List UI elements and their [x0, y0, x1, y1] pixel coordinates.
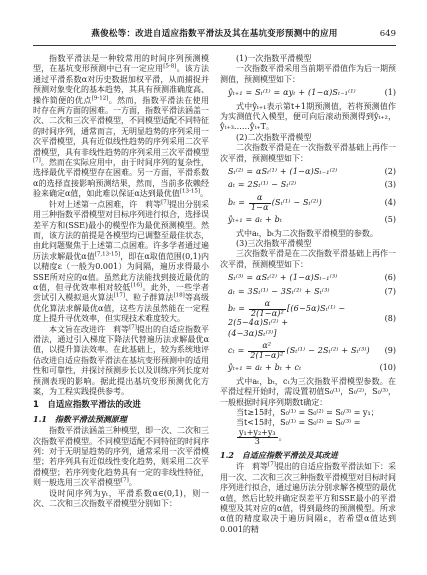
header-rule — [33, 45, 396, 46]
formula-text: aₜ = 2Sₜ⁽¹⁾ − Sₜ⁽²⁾ — [228, 180, 296, 189]
formula-text: (Sₜ⁽¹⁾ − 2Sₜ⁽²⁾ + Sₜ⁽³⁾) — [286, 346, 369, 355]
paragraph: 式中ŷₜ₊₁表示第t+1期预测值，若将预测值作为实测值代入模型，便可向后滚动预测… — [220, 102, 396, 133]
formula-text: 当t<15时，S₀⁽¹⁾ = S₀⁽²⁾ = S₀⁽³⁾ = — [236, 418, 360, 427]
equation: Sₜ⁽²⁾ = αSₜ⁽¹⁾ + (1−α)Sₜ₋₁⁽²⁾(2) — [228, 167, 396, 177]
equation-body: ŷₜ₊₁ = aₜ + bₜ — [228, 215, 381, 225]
section-heading: 1 自适应指数平滑法的改进 — [33, 400, 209, 410]
equation-body: ŷₜ₊₁ = aₜ + bₜ + cₜ — [228, 363, 376, 373]
equation: Sₜ⁽³⁾ = αSₜ⁽²⁾ + (1−α)Sₜ₋₁⁽³⁾(6) — [228, 273, 396, 283]
equation-body: cₜ = α²2(1−α)²(Sₜ⁽¹⁾ − 2Sₜ⁽²⁾ + Sₜ⁽³⁾) — [228, 342, 381, 360]
page-number: 649 — [380, 28, 396, 40]
fraction-denominator: 2(1−α)² — [248, 352, 285, 361]
formula-text: ŷₜ₊₁ = Sₜ⁽¹⁾ = αyₜ + (1−α)Sₜ₋₁⁽¹⁾ — [228, 88, 356, 97]
subsection-heading: 1.2 自适应指数平滑法及其改进 — [220, 450, 396, 460]
formula-text: 。 — [279, 433, 287, 442]
equation-body: ŷₜ₊₁ = Sₜ⁽¹⁾ = αyₜ + (1−α)Sₜ₋₁⁽¹⁾ — [228, 88, 381, 98]
fraction-denominator: 3 — [237, 438, 278, 447]
equation-number: (4) — [385, 198, 396, 208]
formula-text: Sₜ⁽²⁾ = αSₜ⁽¹⁾ + (1−α)Sₜ₋₁⁽²⁾ — [228, 167, 337, 176]
formula-text: cₜ = — [228, 346, 247, 355]
paragraph: (1)一次指数平滑模型 — [220, 54, 396, 64]
fraction: α2(1−α)² — [249, 300, 286, 318]
fraction: α²2(1−α)² — [248, 342, 285, 360]
formula-text: ŷₜ₊₁ = aₜ + bₜ + cₜ — [228, 363, 301, 372]
formula-text: aₜ = 3Sₜ⁽¹⁾ − 3Sₜ⁽²⁾ + Sₜ⁽³⁾ — [228, 287, 330, 296]
equation-body: Sₜ⁽³⁾ = αSₜ⁽²⁾ + (1−α)Sₜ₋₁⁽³⁾ — [228, 273, 381, 283]
equation: ŷₜ₊₁ = aₜ + bₜ + cₜ(10) — [228, 363, 396, 373]
equation-number: (8) — [385, 314, 396, 324]
formula-text: ŷₜ₊₁ = aₜ + bₜ — [228, 215, 282, 224]
formula-text: (4−3α)Sₜ⁽³⁾] — [228, 329, 277, 338]
equation-number: (7) — [385, 287, 396, 297]
paragraph: 式中aₜ，bₜ为二次指数平滑模型的参数。 — [220, 229, 396, 239]
right-column: (1)一次指数平滑模型一次指数平滑采用当前期平滑值作为后一期预测值，预测模型如下… — [220, 54, 396, 535]
equation-body: bₜ = α1−α(Sₜ⁽¹⁾ − Sₜ⁽²⁾) — [228, 194, 381, 212]
equation: aₜ = 2Sₜ⁽¹⁾ − Sₜ⁽²⁾(3) — [228, 180, 396, 190]
two-column-body: 指数平滑法是一种较常用的时间序列预测模型，在基坑变形预测中已有一定应用[5-8]… — [33, 54, 396, 535]
paragraph: 一次指数平滑采用当前期平滑值作为后一期预测值，预测模型如下： — [220, 64, 396, 85]
text-line: 当t≥15时，S₀⁽¹⁾ = S₀⁽²⁾ = S₀⁽³⁾ = y₁； — [236, 408, 396, 418]
paper-page: 燕俊松等：改进自适应指数平滑法及其在基坑变形预测中的应用 649 指数平滑法是一… — [0, 0, 427, 575]
formula-text: bₜ = — [228, 304, 248, 313]
paragraph: 设时间序列为yₜ，平滑系数α∈(0,1)，则一次、二次和三次指数平滑模型分别如下… — [33, 489, 209, 510]
equation-body: aₜ = 2Sₜ⁽¹⁾ − Sₜ⁽²⁾ — [228, 180, 381, 190]
equation-body: aₜ = 3Sₜ⁽¹⁾ − 3Sₜ⁽²⁾ + Sₜ⁽³⁾ — [228, 287, 381, 297]
left-column: 指数平滑法是一种较常用的时间序列预测模型，在基坑变形预测中已有一定应用[5-8]… — [33, 54, 209, 535]
equation: aₜ = 3Sₜ⁽¹⁾ − 3Sₜ⁽²⁾ + Sₜ⁽³⁾(7) — [228, 287, 396, 297]
paragraph: (2)二次指数平滑模型 — [220, 133, 396, 143]
paragraph: 式中aₜ，bₜ，cₜ为三次指数平滑模型参数。在平滑过程开始时，需设置初值S₀⁽¹… — [220, 377, 396, 408]
fraction-denominator: 1−α — [249, 204, 271, 213]
paragraph: 三次指数平滑是在二次指数平滑基础上再作一次平滑，预测模型如下： — [220, 249, 396, 270]
fraction: α1−α — [249, 194, 271, 212]
equation: ŷₜ₊₁ = Sₜ⁽¹⁾ = αyₜ + (1−α)Sₜ₋₁⁽¹⁾(1) — [228, 88, 396, 98]
page-header: 燕俊松等：改进自适应指数平滑法及其在基坑变形预测中的应用 649 — [33, 28, 396, 42]
text-line: 当t<15时，S₀⁽¹⁾ = S₀⁽²⁾ = S₀⁽³⁾ = y₁+y₂+y₃3… — [236, 418, 396, 447]
equation: bₜ = α1−α(Sₜ⁽¹⁾ − Sₜ⁽²⁾)(4) — [228, 194, 396, 212]
equation: ŷₜ₊₁ = aₜ + bₜ(5) — [228, 215, 396, 225]
formula-text: Sₜ⁽³⁾ = αSₜ⁽²⁾ + (1−α)Sₜ₋₁⁽³⁾ — [228, 273, 337, 282]
equation-number: (9) — [385, 346, 396, 356]
fraction-denominator: 2(1−α)² — [249, 310, 286, 319]
paragraph: 指数平滑法涵盖三种模型，即一次、二次和三次指数平滑模型。不同模型适配不同特征的时… — [33, 426, 209, 488]
subsection-heading: 1.1 指数平滑法预测原理 — [33, 414, 209, 424]
equation-number: (3) — [385, 180, 396, 190]
equation: bₜ = α2(1−α)²[(6−5α)Sₜ⁽¹⁾ − 2(5−4α)Sₜ⁽²⁾… — [228, 300, 396, 339]
equation-number: (5) — [385, 215, 396, 225]
equation-body: Sₜ⁽²⁾ = αSₜ⁽¹⁾ + (1−α)Sₜ₋₁⁽²⁾ — [228, 167, 381, 177]
equation-body: bₜ = α2(1−α)²[(6−5α)Sₜ⁽¹⁾ − 2(5−4α)Sₜ⁽²⁾… — [228, 300, 381, 339]
equation-number: (6) — [385, 273, 396, 283]
paragraph: 本文旨在改进许 莉等[7]提出的自适应指数平滑法，通过引入梯度下降法代替遍历法求… — [33, 325, 209, 398]
running-title: 燕俊松等：改进自适应指数平滑法及其在基坑变形预测中的应用 — [33, 28, 396, 40]
equation-number: (2) — [385, 167, 396, 177]
formula-text: (Sₜ⁽¹⁾ − Sₜ⁽²⁾) — [272, 198, 322, 207]
paragraph: 针对上述第一点困难，许 莉等[7]提出分别采用三种指数平滑模型对目标序列进行拟合… — [33, 200, 209, 325]
paragraph: 二次指数平滑是在一次指数平滑基础上再作一次平滑，预测模型如下： — [220, 143, 396, 164]
paragraph: 指数平滑法是一种较常用的时间序列预测模型，在基坑变形预测中已有一定应用[5-8]… — [33, 54, 209, 200]
formula-text: 当t≥15时，S₀⁽¹⁾ = S₀⁽²⁾ = S₀⁽³⁾ = y₁； — [236, 408, 379, 417]
equation-number: (10) — [380, 363, 396, 373]
paragraph: 许 莉等[7]提出的自适应指数平滑法如下：采用一次、二次和三次三种指数平滑模型对… — [220, 462, 396, 535]
fraction: y₁+y₂+y₃3 — [237, 429, 278, 447]
paragraph: (3)三次指数平滑模型 — [220, 239, 396, 249]
equation: cₜ = α²2(1−α)²(Sₜ⁽¹⁾ − 2Sₜ⁽²⁾ + Sₜ⁽³⁾)(9… — [228, 342, 396, 360]
formula-text: bₜ = — [228, 198, 248, 207]
equation-number: (1) — [385, 88, 396, 98]
